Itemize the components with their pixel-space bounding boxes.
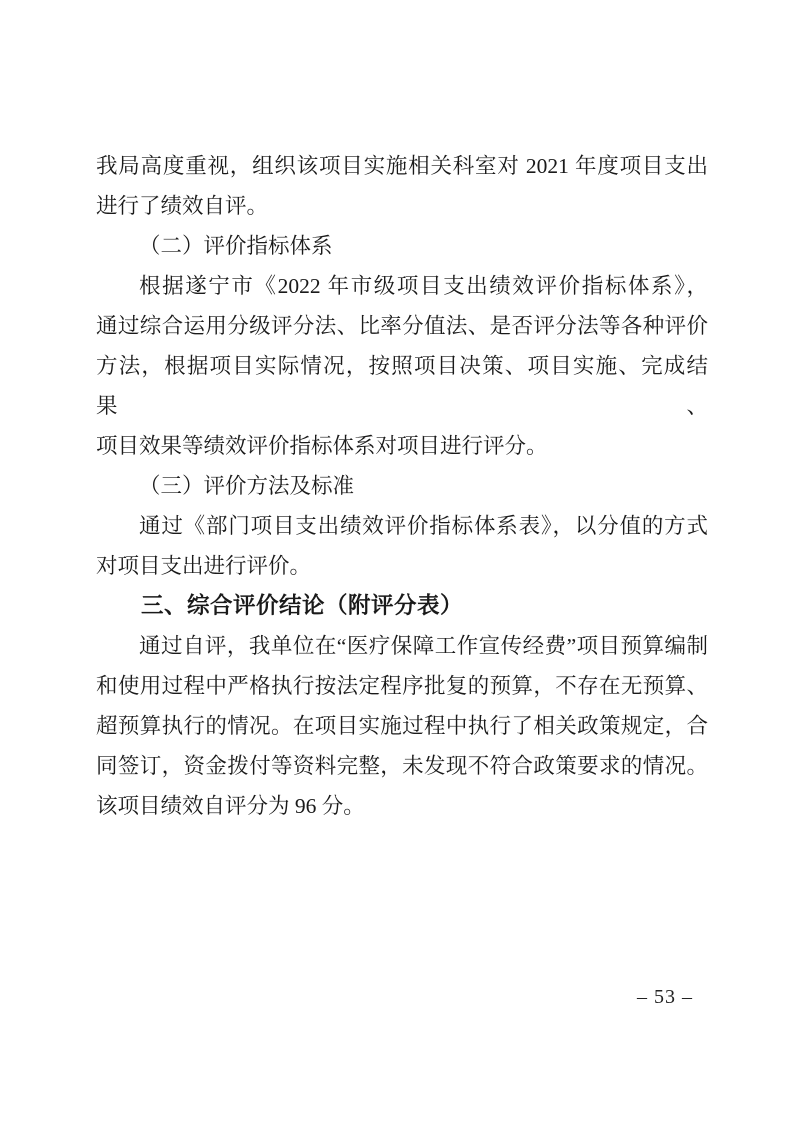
document-page: 我局高度重视，组织该项目实施相关科室对 2021 年度项目支出 进行了绩效自评。… xyxy=(0,0,793,1122)
text-line: 我局高度重视，组织该项目实施相关科室对 2021 年度项目支出 xyxy=(96,146,708,186)
subheading-evaluation-method: （三）评价方法及标准 xyxy=(96,466,708,506)
subheading-evaluation-index-system: （二）评价指标体系 xyxy=(96,226,708,266)
body-paragraph: 根据遂宁市《2022 年市级项目支出绩效评价指标体系》， 通过综合运用分级评分法… xyxy=(96,266,708,466)
section-heading-comprehensive-conclusion: 三、综合评价结论（附评分表） xyxy=(96,586,708,626)
text-line: 三、综合评价结论（附评分表） xyxy=(96,586,708,626)
text-line: 对项目支出进行评价。 xyxy=(96,546,708,586)
paragraph-continued: 我局高度重视，组织该项目实施相关科室对 2021 年度项目支出 进行了绩效自评。 xyxy=(96,146,708,226)
text-line: （二）评价指标体系 xyxy=(96,226,708,266)
text-line: 和使用过程中严格执行按法定程序批复的预算，不存在无预算、 xyxy=(96,666,708,706)
text-line: 同签订，资金拨付等资料完整，未发现不符合政策要求的情况。 xyxy=(96,746,708,786)
text-line: 通过综合运用分级评分法、比率分值法、是否评分法等各种评价 xyxy=(96,306,708,346)
text-line: 超预算执行的情况。在项目实施过程中执行了相关政策规定，合 xyxy=(96,706,708,746)
text-line: 进行了绩效自评。 xyxy=(96,186,708,226)
text-line: 通过自评，我单位在“医疗保障工作宣传经费”项目预算编制 xyxy=(96,626,708,666)
page-number: – 53 – xyxy=(637,986,693,1008)
body-paragraph: 通过《部门项目支出绩效评价指标体系表》，以分值的方式 对项目支出进行评价。 xyxy=(96,506,708,586)
text-line: （三）评价方法及标准 xyxy=(96,466,708,506)
text-line: 方法，根据项目实际情况，按照项目决策、项目实施、完成结果、 xyxy=(96,346,708,426)
text-content: 我局高度重视，组织该项目实施相关科室对 2021 年度项目支出 进行了绩效自评。… xyxy=(96,146,708,826)
text-line: 该项目绩效自评分为 96 分。 xyxy=(96,786,708,826)
body-paragraph: 通过自评，我单位在“医疗保障工作宣传经费”项目预算编制 和使用过程中严格执行按法… xyxy=(96,626,708,826)
text-line: 通过《部门项目支出绩效评价指标体系表》，以分值的方式 xyxy=(96,506,708,546)
text-line: 根据遂宁市《2022 年市级项目支出绩效评价指标体系》， xyxy=(96,266,708,306)
text-line: 项目效果等绩效评价指标体系对项目进行评分。 xyxy=(96,426,708,466)
